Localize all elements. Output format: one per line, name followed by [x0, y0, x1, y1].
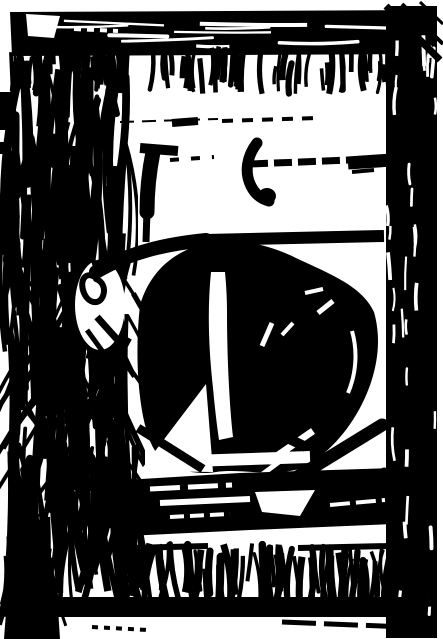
left-hatch-upper-stroke: [12, 344, 14, 461]
right-column-slits-stroke: [407, 449, 408, 466]
right-column-slits-stroke: [402, 309, 403, 338]
right-column-slits-stroke: [396, 75, 397, 88]
artwork-layers: [0, 0, 443, 639]
hook-vertical: [147, 152, 153, 212]
right-column-slits-stroke: [416, 283, 417, 311]
top-band-slits-stroke: [174, 32, 271, 33]
top-band-slits-stroke: [200, 24, 307, 25]
dash-row-mid-blob: [348, 160, 392, 163]
top-fringe-stroke: [241, 47, 244, 92]
right-column-slits-stroke: [406, 496, 407, 525]
top-fringe-stroke: [274, 66, 276, 84]
artwork-page: [0, 0, 443, 639]
bottom-fringe-stroke: [208, 551, 210, 593]
top-band-slits-stroke: [279, 42, 357, 44]
right-column-slits-stroke: [406, 319, 407, 334]
right-column-slits-stroke: [394, 325, 395, 344]
right-column-slits-stroke: [435, 98, 436, 115]
top-fringe-stroke: [163, 50, 165, 78]
right-column-slits-stroke: [431, 528, 432, 549]
top-fringe-stroke: [53, 47, 54, 64]
right-column-slits-stroke: [386, 206, 388, 227]
top-fringe-stroke: [21, 60, 23, 88]
streak-white-2: [160, 499, 250, 503]
top-fringe-stroke: [186, 61, 188, 89]
dash-row-mid-tail: [352, 170, 374, 172]
bottom-bar: [56, 597, 424, 617]
right-column-slits-stroke: [427, 55, 428, 77]
top-band-slits-stroke: [326, 26, 389, 28]
top-band-slits-stroke: [109, 35, 167, 36]
top-fringe-stroke: [200, 58, 203, 93]
right-column-slits-stroke: [397, 41, 398, 56]
top-fringe-stroke: [322, 68, 324, 90]
mass-top-band: [206, 236, 384, 240]
bottom-fringe-stroke: [185, 548, 188, 592]
top-fringe-stroke: [77, 48, 79, 89]
top-fringe-stroke: [48, 46, 49, 65]
top-fringe-stroke: [329, 48, 332, 94]
top-fringe-stroke: [170, 51, 172, 75]
top-fringe-stroke: [100, 47, 101, 85]
right-column-slits-stroke: [388, 252, 390, 280]
top-band-slits-stroke: [196, 46, 229, 47]
abstract-ink-drawing: [0, 0, 443, 639]
top-fringe-stroke: [183, 56, 185, 78]
top-notch-left: [26, 14, 60, 38]
bottom-fringe-stroke: [130, 552, 132, 595]
top-fringe-stroke: [28, 61, 29, 84]
top-fringe-stroke: [89, 68, 90, 89]
right-column-slits-stroke: [411, 189, 412, 206]
corner-blob-bottom-left: [4, 578, 60, 639]
top-fringe-stroke: [231, 55, 233, 85]
right-column-slits-stroke: [405, 257, 406, 291]
right-column-slits-stroke: [389, 226, 390, 240]
top-fringe-stroke: [119, 51, 120, 93]
left-margin-blob-1: [0, 92, 12, 130]
dash-row-mid-smear: [250, 160, 350, 164]
right-column-slits-stroke: [409, 164, 410, 184]
top-fringe-stroke: [73, 52, 74, 72]
top-fringe-stroke: [384, 64, 385, 82]
corner-hatch-bottom-left-stroke: [39, 533, 41, 579]
top-fringe-stroke: [282, 54, 285, 80]
left-hatch-upper-stroke: [34, 167, 37, 235]
hook-tail: [146, 210, 147, 242]
bottom-fringe-stroke: [277, 554, 281, 591]
dash-row-upper-blob: [172, 121, 198, 123]
top-fringe-stroke: [369, 46, 370, 69]
bottom-fringe-stroke: [311, 547, 313, 603]
top-band-slits-stroke: [205, 27, 270, 29]
top-fringe-stroke: [259, 48, 262, 94]
banana-end-blob: [258, 188, 276, 204]
top-fringe-stroke: [61, 48, 64, 93]
left-margin-blob-2: [0, 142, 7, 154]
top-fringe-stroke: [288, 63, 291, 93]
bottom-bar-right-stub: [420, 602, 433, 604]
bottom-fringe-stroke: [363, 560, 366, 599]
bottom-fringe-stroke: [331, 556, 334, 598]
top-fringe-stroke: [362, 64, 363, 81]
top-fringe-stroke: [12, 63, 13, 90]
right-column-slits-stroke: [414, 227, 415, 257]
